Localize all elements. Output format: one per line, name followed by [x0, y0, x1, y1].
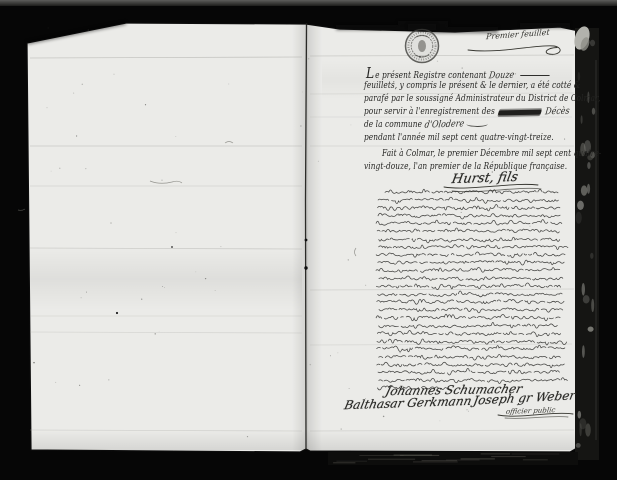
- register-note-line-6: pendant l'année mil sept cent quatre-vin…: [364, 133, 554, 143]
- register-note-line-5: de la commune d'Olodere: [364, 120, 488, 130]
- register-note-line-2: feuillets, y compris le présent & le der…: [364, 81, 580, 91]
- drop-cap: L: [366, 64, 374, 82]
- signature-3-title: officier public: [505, 406, 556, 416]
- scanned-register-spread: Premier feuillet Le présent Registre con…: [0, 0, 617, 480]
- register-note-line-1: Le présent Registre contenant Douze: [366, 68, 550, 81]
- text-layer: Premier feuillet Le présent Registre con…: [0, 0, 617, 480]
- register-note-line-4: pour servir à l'enregistrement desDécès: [364, 107, 569, 117]
- signature-2: Balthasar Gerkmann: [343, 394, 473, 412]
- pen-tail: [466, 121, 487, 128]
- handwritten-commune: d'Olodere: [424, 119, 465, 130]
- folio-label: Premier feuillet: [486, 28, 550, 42]
- struck-word-blot: [497, 110, 541, 116]
- dated-note-line-2: vingt-douze, l'an premier de la Républiq…: [364, 162, 567, 172]
- handwritten-deces: Décès: [544, 107, 570, 118]
- pen-dash: [521, 75, 551, 76]
- register-note-line-3: parafé par le soussigné Administrateur d…: [364, 94, 600, 104]
- administrator-signature: Hurst, fils: [450, 170, 519, 187]
- handwritten-count: Douze: [488, 71, 515, 82]
- dated-note-line-1: Fait à Colmar, le premier Décembre mil s…: [382, 149, 601, 159]
